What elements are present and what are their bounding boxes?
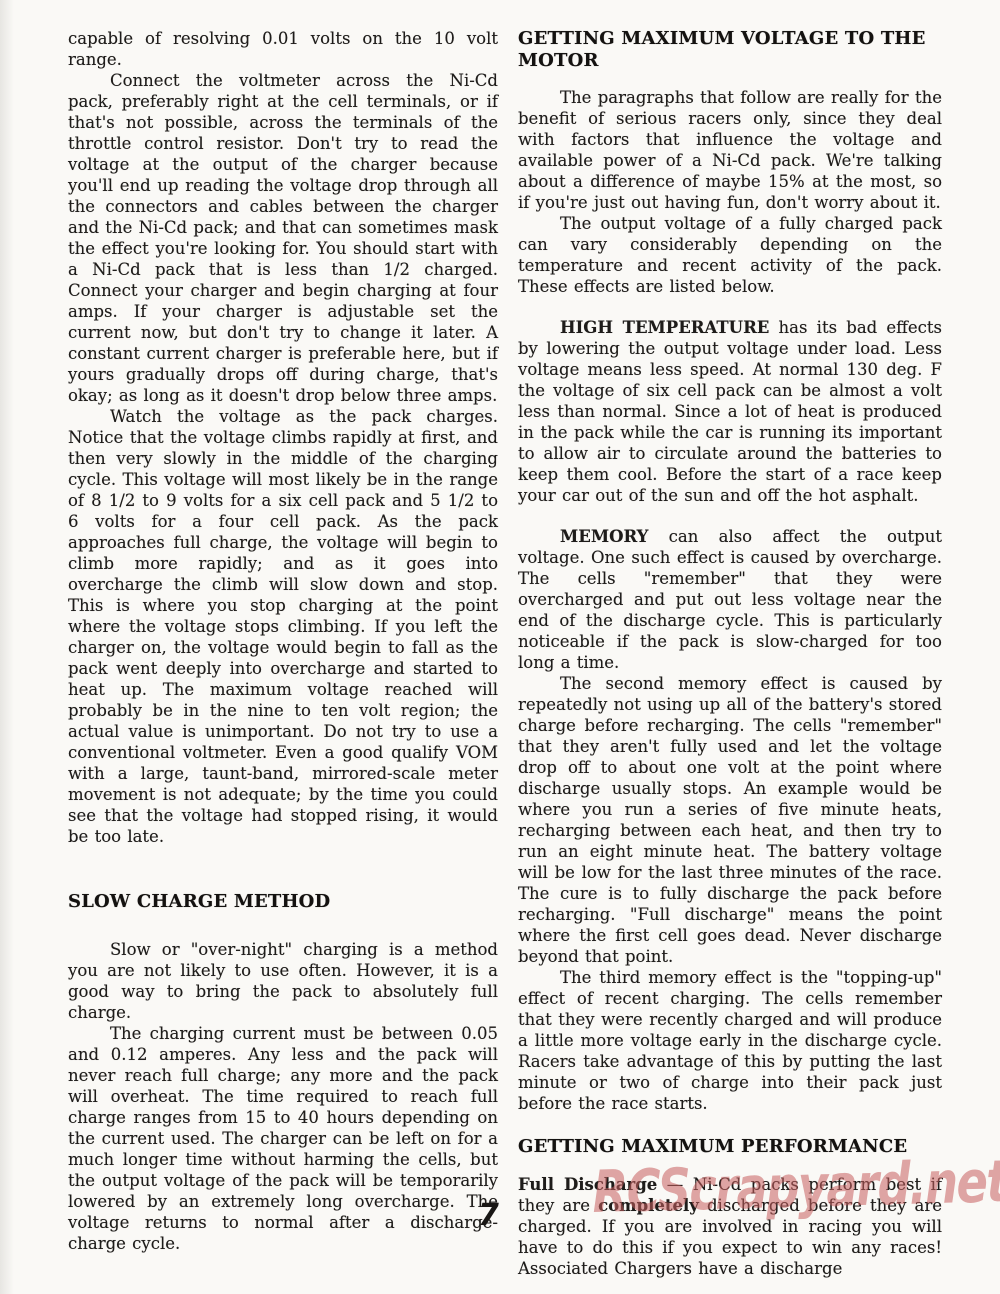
high-temperature-label: HIGH TEMPERATURE [560, 318, 769, 337]
memory-label: MEMORY [560, 527, 648, 546]
paragraph-full-discharge: Full Discharge — Ni-Cd packs perform bes… [518, 1174, 942, 1279]
paragraph-memory: MEMORY can also affect the output voltag… [518, 526, 942, 673]
heading-getting-maximum-voltage: GETTING MAXIMUM VOLTAGE TO THE MOTOR [518, 28, 942, 72]
paragraph-slow-overnight-charging: Slow or "over-night" charging is a metho… [68, 939, 498, 1023]
paragraph-serious-racers: The paragraphs that follow are really fo… [518, 87, 942, 213]
paragraph-second-memory-effect: The second memory effect is caused by re… [518, 673, 942, 967]
paragraph-resolving-volts: capable of resolving 0.01 volts on the 1… [68, 28, 498, 70]
full-discharge-dash: — [657, 1175, 693, 1194]
paragraph-third-memory-effect: The third memory effect is the "topping-… [518, 967, 942, 1114]
full-discharge-emphasis: completely [598, 1196, 699, 1215]
high-temperature-text: has its bad effects by lowering the outp… [518, 318, 942, 505]
paragraph-high-temperature: HIGH TEMPERATURE has its bad effects by … [518, 317, 942, 506]
memory-text: can also affect the output voltage. One … [518, 527, 942, 672]
paragraph-connect-voltmeter: Connect the voltmeter across the Ni-Cd p… [68, 70, 498, 406]
full-discharge-label: Full Discharge [518, 1175, 657, 1194]
heading-getting-maximum-performance: GETTING MAXIMUM PERFORMANCE [518, 1136, 942, 1158]
paragraph-watch-voltage: Watch the voltage as the pack charges. N… [68, 406, 498, 847]
right-column: GETTING MAXIMUM VOLTAGE TO THE MOTOR The… [518, 28, 942, 1279]
paragraph-output-voltage-varies: The output voltage of a fully charged pa… [518, 213, 942, 297]
left-column: capable of resolving 0.01 volts on the 1… [68, 28, 498, 1254]
paragraph-charging-current: The charging current must be between 0.0… [68, 1023, 498, 1254]
document-page: capable of resolving 0.01 volts on the 1… [0, 0, 1000, 1294]
heading-slow-charge-method: SLOW CHARGE METHOD [68, 891, 498, 913]
page-number: 7 [478, 1198, 499, 1233]
